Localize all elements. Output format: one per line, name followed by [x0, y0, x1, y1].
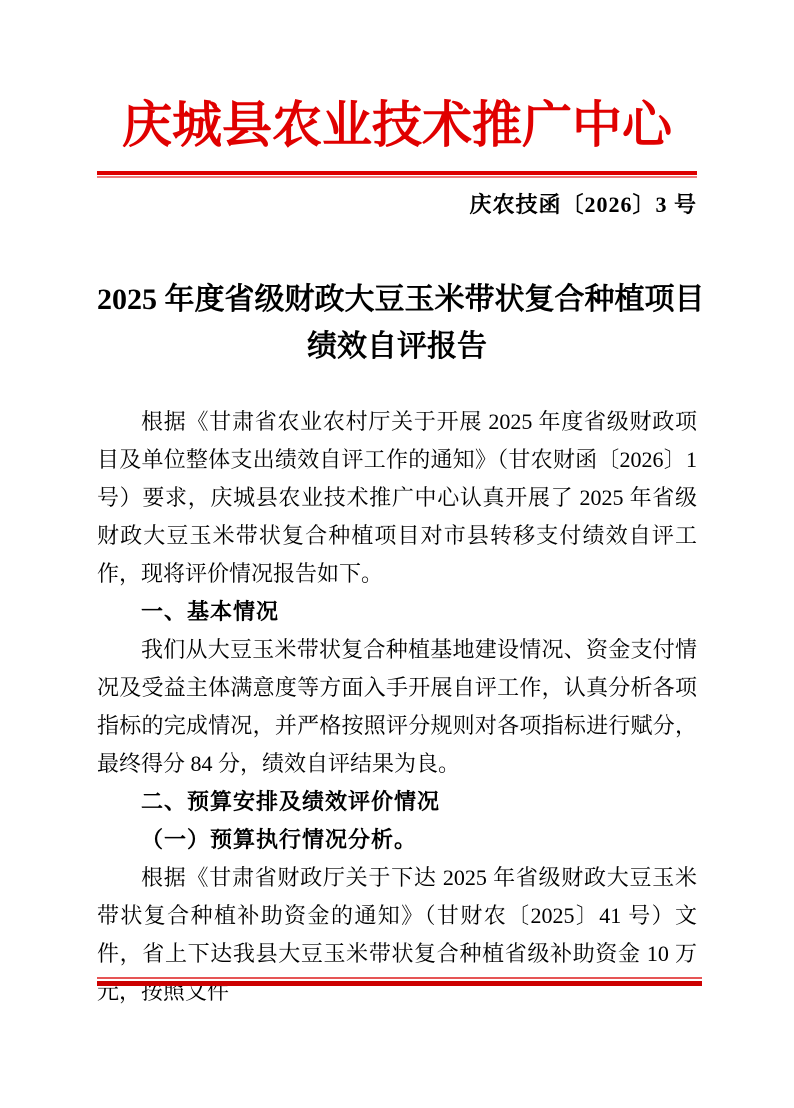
document-title-line-2: 绩效自评报告	[97, 323, 697, 370]
letterhead-org-name: 庆城县农业技术推广中心	[97, 0, 697, 158]
document-reference-number: 庆农技函〔2026〕3 号	[97, 190, 697, 220]
section-heading-1: 一、基本情况	[97, 593, 697, 631]
document-content: 庆城县农业技术推广中心 庆农技函〔2026〕3 号 2025 年度省级财政大豆玉…	[97, 0, 697, 1011]
document-title-line-1: 2025 年度省级财政大豆玉米带状复合种植项目	[97, 276, 697, 323]
document-title: 2025 年度省级财政大豆玉米带状复合种植项目 绩效自评报告	[97, 276, 697, 370]
page-footer-divider-thick-line	[97, 981, 702, 986]
letterhead-divider-thin-line	[97, 176, 697, 178]
document-page: 庆城县农业技术推广中心 庆农技函〔2026〕3 号 2025 年度省级财政大豆玉…	[0, 0, 794, 1108]
letterhead-divider	[97, 171, 697, 178]
paragraph-basic-situation: 我们从大豆玉米带状复合种植基地建设情况、资金支付情况及受益主体满意度等方面入手开…	[97, 631, 697, 783]
paragraph-intro: 根据《甘肃省农业农村厅关于开展 2025 年度省级财政项目及单位整体支出绩效自评…	[97, 403, 697, 593]
subsection-heading-budget-execution: （一）预算执行情况分析。	[97, 821, 697, 859]
page-footer-divider	[97, 977, 702, 986]
paragraph-budget-execution: 根据《甘肃省财政厅关于下达 2025 年省级财政大豆玉米带状复合种植补助资金的通…	[97, 859, 697, 1011]
section-heading-2: 二、预算安排及绩效评价情况	[97, 783, 697, 821]
document-body: 根据《甘肃省农业农村厅关于开展 2025 年度省级财政项目及单位整体支出绩效自评…	[97, 403, 697, 1011]
